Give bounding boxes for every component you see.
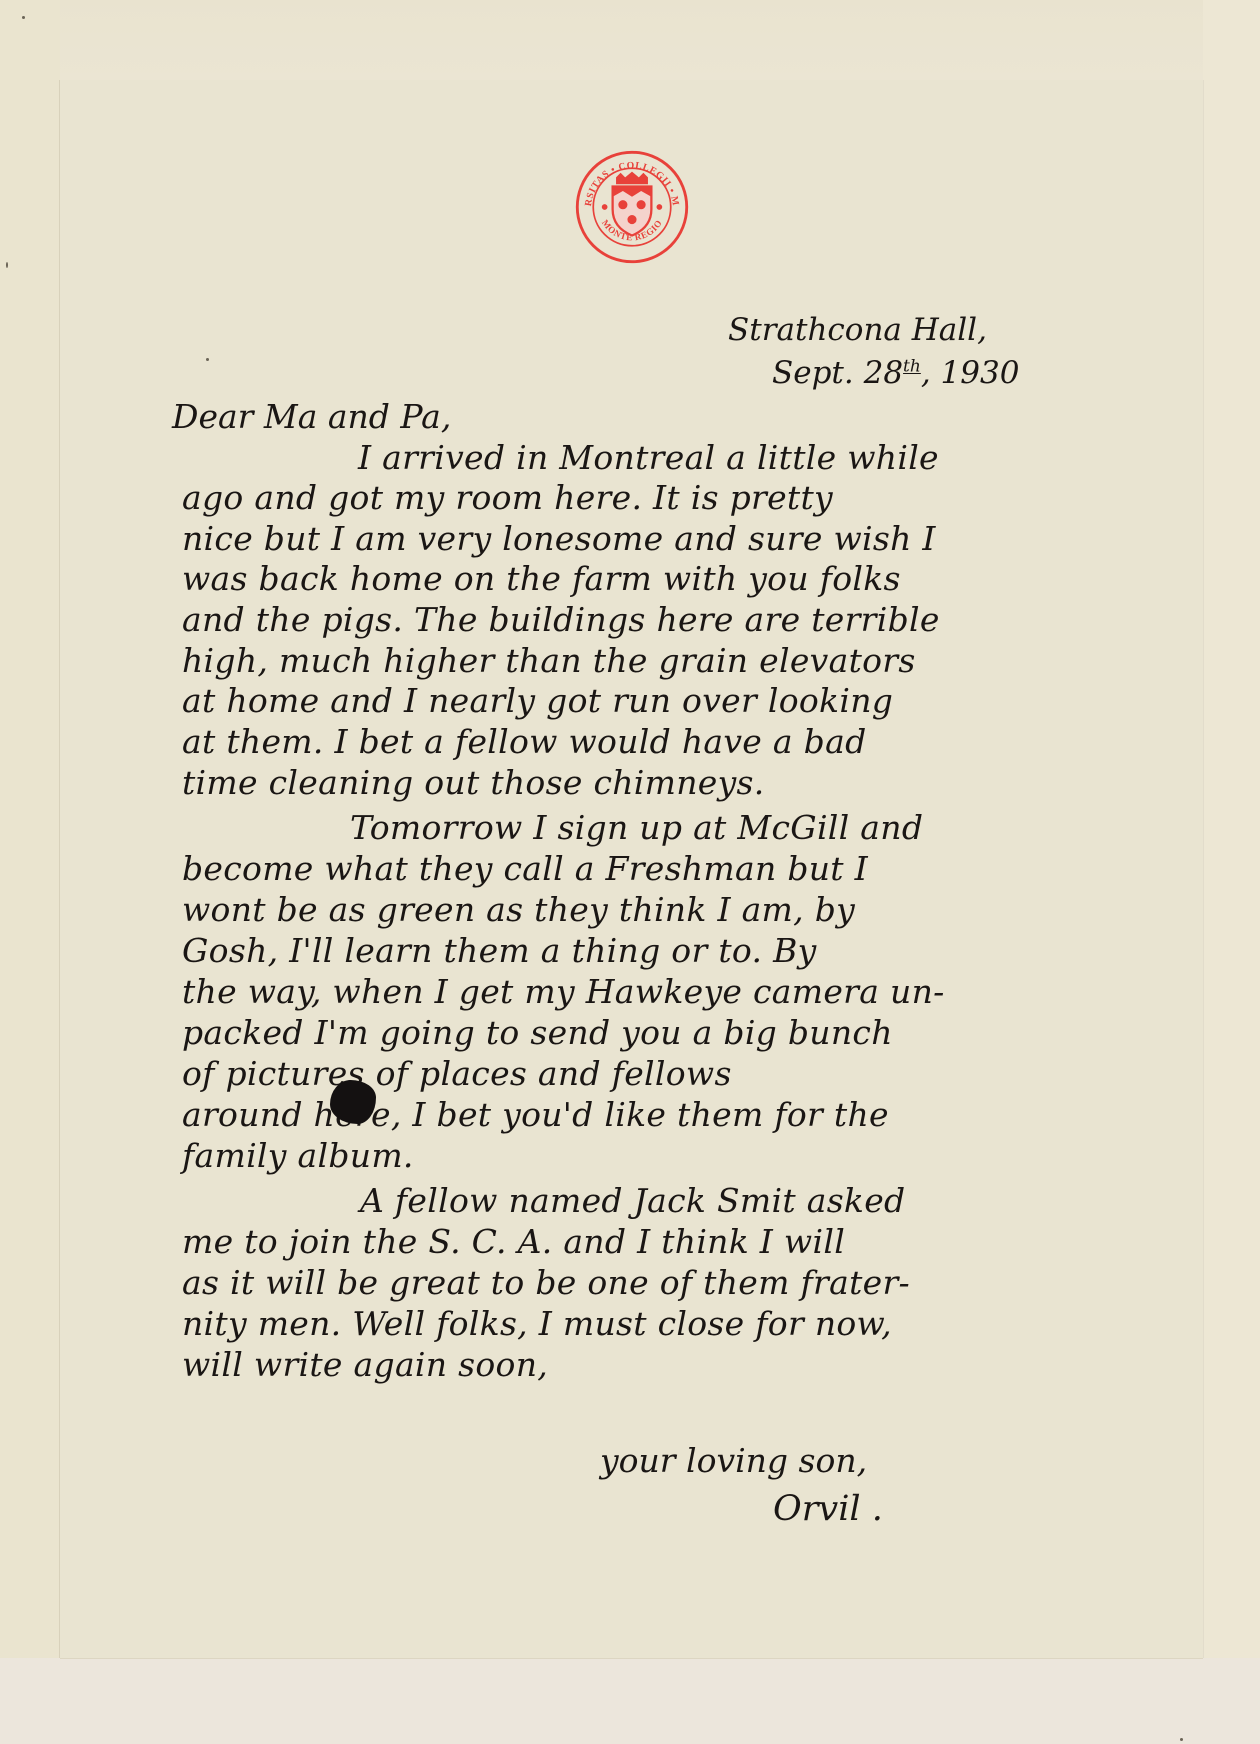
body-line: Tomorrow I sign up at McGill and xyxy=(350,808,923,847)
body-line: high, much higher than the grain elevato… xyxy=(182,641,916,680)
body-line: around here, I bet you'd like them for t… xyxy=(182,1095,889,1134)
body-line: me to join the S. C. A. and I think I wi… xyxy=(182,1222,845,1261)
body-line: will write again soon, xyxy=(182,1345,548,1384)
body-line: ago and got my room here. It is pretty xyxy=(182,478,833,517)
body-line: of pictures of places and fellows xyxy=(182,1054,732,1093)
body-line: time cleaning out those chimneys. xyxy=(182,763,765,802)
backdrop-bottom xyxy=(0,1658,1260,1744)
paper-speck xyxy=(1180,1738,1183,1741)
body-line: the way, when I get my Hawkeye camera un… xyxy=(182,972,945,1011)
body-line: nity men. Well folks, I must close for n… xyxy=(182,1304,892,1343)
body-line: at home and I nearly got run over lookin… xyxy=(182,681,893,720)
body-line: I arrived in Montreal a little while xyxy=(358,438,939,477)
ink-blot xyxy=(330,1080,376,1124)
letter-date-year: , 1930 xyxy=(921,355,1020,391)
body-line: A fellow named Jack Smit asked xyxy=(360,1181,905,1220)
body-line: as it will be great to be one of them fr… xyxy=(182,1263,910,1302)
body-line: and the pigs. The buildings here are ter… xyxy=(182,600,940,639)
body-line: family album. xyxy=(182,1136,414,1175)
body-line: become what they call a Freshman but I xyxy=(182,849,868,888)
paper-speck xyxy=(206,358,209,361)
mcgill-seal-icon: UNIVERSITAS • COLLEGII • MCGILL MONTE RE… xyxy=(575,150,689,264)
body-line: nice but I am very lonesome and sure wis… xyxy=(182,519,936,558)
letter-salutation: Dear Ma and Pa, xyxy=(172,397,451,436)
body-line: wont be as green as they think I am, by xyxy=(182,890,855,929)
letter-place: Strathcona Hall, xyxy=(728,312,987,348)
backdrop-right xyxy=(1203,0,1260,1744)
letter-signature: Orvil . xyxy=(773,1489,883,1529)
letter-closing: your loving son, xyxy=(600,1441,867,1480)
paper-speck xyxy=(22,16,25,19)
body-line: Gosh, I'll learn them a thing or to. By xyxy=(182,931,817,970)
backdrop-left xyxy=(0,0,60,1744)
letter-date-day: Sept. 28 xyxy=(772,355,903,391)
paper-speck xyxy=(6,262,8,268)
body-line: was back home on the farm with you folks xyxy=(182,559,901,598)
letter-date: Sept. 28th, 1930 xyxy=(772,355,1019,391)
letter-date-ordinal: th xyxy=(903,357,921,377)
body-line: packed I'm going to send you a big bunch xyxy=(182,1013,893,1052)
body-line: at them. I bet a fellow would have a bad xyxy=(182,722,867,761)
backdrop-top xyxy=(0,0,1260,80)
